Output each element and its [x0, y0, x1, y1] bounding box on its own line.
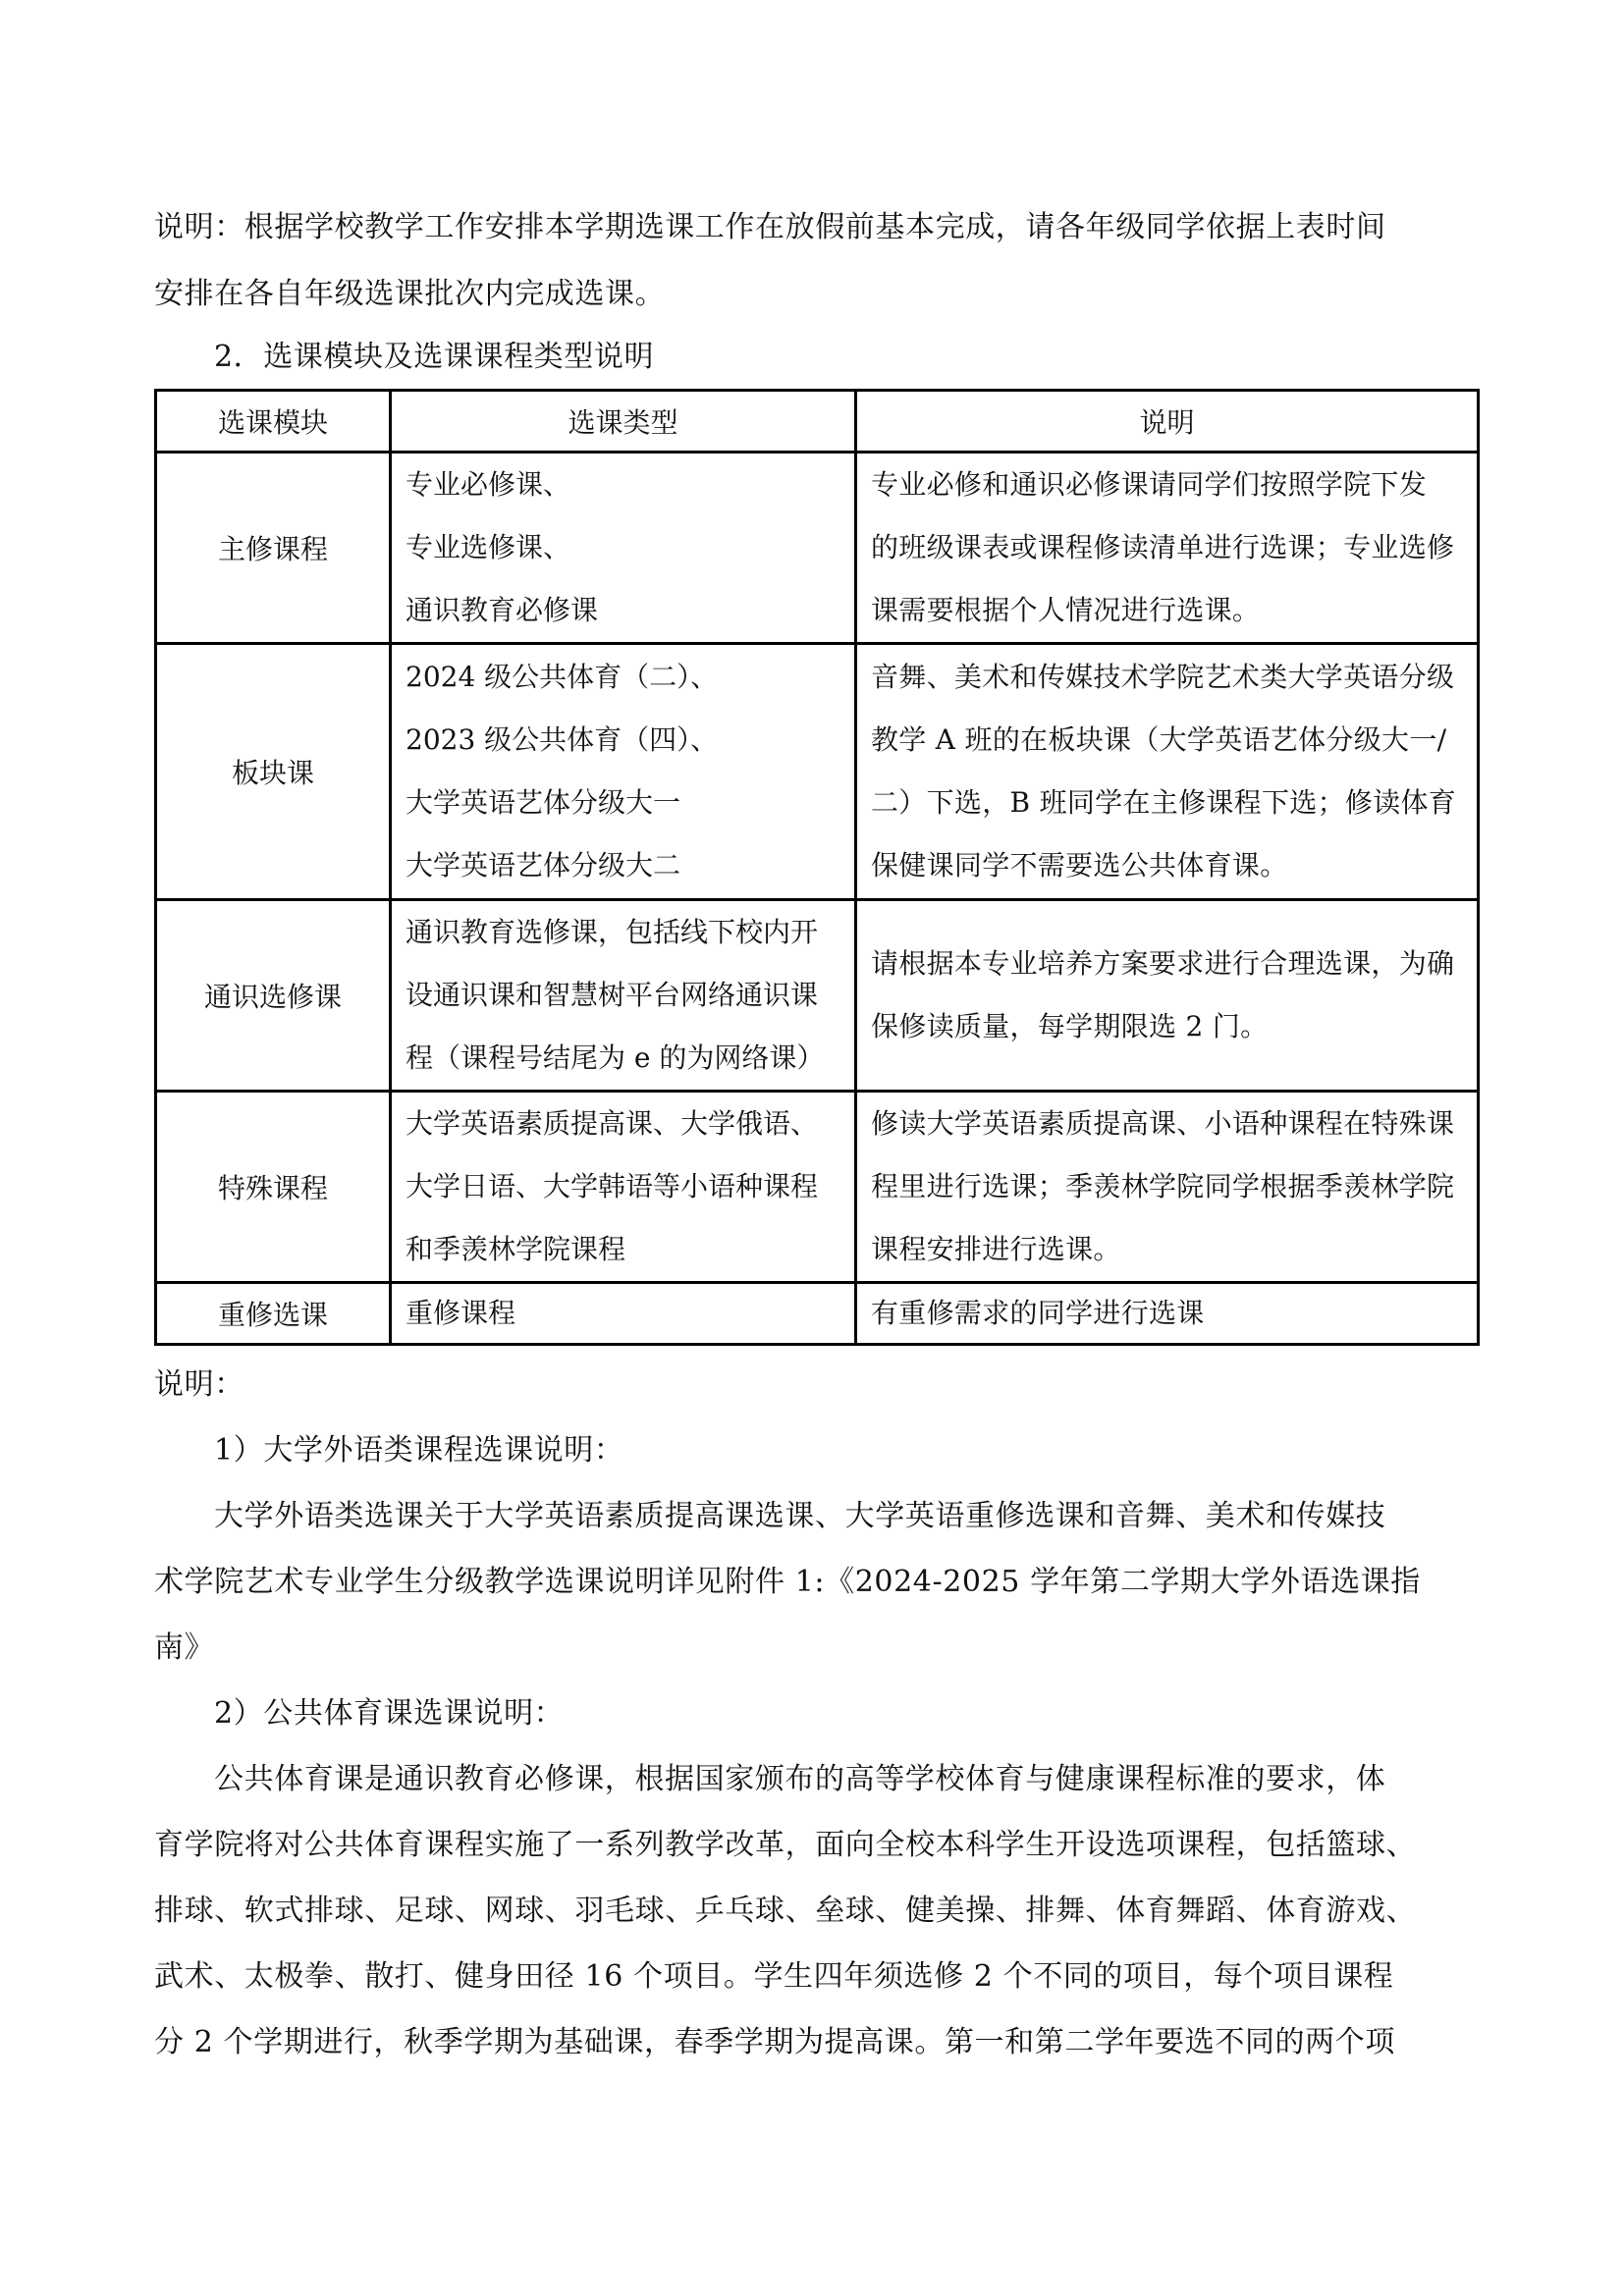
pe-title: 2）公共体育课选课说明： [214, 1694, 1540, 1734]
description-cell: 专业必修和通识必修课请同学们按照学院下发 的班级课表或课程修读清单进行选课；专业… [856, 453, 1479, 644]
type-line: 设通识课和智慧树平台网络通识课 [406, 964, 840, 1027]
type-line: 专业选修课、 [406, 516, 840, 579]
type-cell: 大学英语素质提高课、大学俄语、 大学日语、大学韩语等小语种课程 和季羡林学院课程 [391, 1092, 856, 1283]
table-header-row: 选课模块 选课类型 说明 [156, 391, 1479, 453]
desc-line: 保健课同学不需要选公共体育课。 [871, 834, 1463, 897]
intro-note-line-1: 说明：根据学校教学工作安排本学期选课工作在放假前基本完成，请各年级同学依据上表时… [154, 208, 1480, 247]
desc-line: 保修读质量，每学期限选 2 门。 [871, 995, 1463, 1058]
type-line: 通识教育必修课 [406, 579, 840, 642]
type-line: 大学日语、大学韩语等小语种课程 [406, 1155, 840, 1218]
type-cell: 专业必修课、 专业选修课、 通识教育必修课 [391, 453, 856, 644]
type-cell: 2024 级公共体育（二）、 2023 级公共体育（四）、 大学英语艺体分级大一… [391, 644, 856, 900]
type-line: 大学英语艺体分级大二 [406, 834, 840, 897]
table-row: 板块课 2024 级公共体育（二）、 2023 级公共体育（四）、 大学英语艺体… [156, 644, 1479, 900]
table-row: 特殊课程 大学英语素质提高课、大学俄语、 大学日语、大学韩语等小语种课程 和季羡… [156, 1092, 1479, 1283]
header-type: 选课类型 [391, 391, 856, 453]
description-cell: 音舞、美术和传媒技术学院艺术类大学英语分级 教学 A 班的在板块课（大学英语艺体… [856, 644, 1479, 900]
module-cell: 特殊课程 [156, 1092, 391, 1283]
desc-line: 修读大学英语素质提高课、小语种课程在特殊课 [871, 1093, 1463, 1155]
desc-line: 有重修需求的同学进行选课 [871, 1286, 1463, 1341]
table-row: 通识选修课 通识教育选修课，包括线下校内开 设通识课和智慧树平台网络通识课 程（… [156, 900, 1479, 1092]
type-cell: 通识教育选修课，包括线下校内开 设通识课和智慧树平台网络通识课 程（课程号结尾为… [391, 900, 856, 1092]
desc-line: 课程安排进行选课。 [871, 1218, 1463, 1281]
type-line: 大学英语艺体分级大一 [406, 772, 840, 834]
desc-line: 程里进行选课；季羡林学院同学根据季羡林学院 [871, 1155, 1463, 1218]
desc-line: 专业必修和通识必修课请同学们按照学院下发 [871, 454, 1463, 516]
foreign-language-title: 1）大学外语类课程选课说明： [214, 1431, 1540, 1470]
pe-line: 育学院将对公共体育课程实施了一系列教学改革，面向全校本科学生开设选项课程，包括篮… [154, 1826, 1480, 1865]
section-title: 2．选课模块及选课课程类型说明 [214, 338, 1540, 377]
type-line: 2024 级公共体育（二）、 [406, 646, 840, 709]
foreign-language-line: 大学外语类选课关于大学英语素质提高课选课、大学英语重修选课和音舞、美术和传媒技 [214, 1497, 1540, 1536]
course-module-table: 选课模块 选课类型 说明 主修课程 专业必修课、 专业选修课、 通识教育必修课 … [154, 389, 1480, 1346]
type-cell: 重修课程 [391, 1283, 856, 1345]
header-description: 说明 [856, 391, 1479, 453]
table-row: 主修课程 专业必修课、 专业选修课、 通识教育必修课 专业必修和通识必修课请同学… [156, 453, 1479, 644]
type-line: 2023 级公共体育（四）、 [406, 709, 840, 772]
desc-line: 课需要根据个人情况进行选课。 [871, 579, 1463, 642]
module-cell: 板块课 [156, 644, 391, 900]
type-line: 重修课程 [406, 1286, 840, 1341]
description-cell: 请根据本专业培养方案要求进行合理选课，为确 保修读质量，每学期限选 2 门。 [856, 900, 1479, 1092]
notes-label: 说明： [154, 1365, 1480, 1405]
type-line: 通识教育选修课，包括线下校内开 [406, 901, 840, 964]
header-module: 选课模块 [156, 391, 391, 453]
table-row: 重修选课 重修课程 有重修需求的同学进行选课 [156, 1283, 1479, 1345]
desc-line: 教学 A 班的在板块课（大学英语艺体分级大一/ [871, 709, 1463, 772]
pe-line: 分 2 个学期进行，秋季学期为基础课，春季学期为提高课。第一和第二学年要选不同的… [154, 2023, 1480, 2062]
description-cell: 修读大学英语素质提高课、小语种课程在特殊课 程里进行选课；季羡林学院同学根据季羡… [856, 1092, 1479, 1283]
pe-line: 公共体育课是通识教育必修课，根据国家颁布的高等学校体育与健康课程标准的要求，体 [214, 1760, 1540, 1799]
document-page: 说明：根据学校教学工作安排本学期选课工作在放假前基本完成，请各年级同学依据上表时… [0, 0, 1624, 2296]
foreign-language-line: 南》 [154, 1629, 1480, 1668]
desc-line: 音舞、美术和传媒技术学院艺术类大学英语分级 [871, 646, 1463, 709]
module-cell: 主修课程 [156, 453, 391, 644]
desc-line: 二）下选，B 班同学在主修课程下选；修读体育 [871, 772, 1463, 834]
type-line: 大学英语素质提高课、大学俄语、 [406, 1093, 840, 1155]
desc-line: 的班级课表或课程修读清单进行选课；专业选修 [871, 516, 1463, 579]
description-cell: 有重修需求的同学进行选课 [856, 1283, 1479, 1345]
type-line: 和季羡林学院课程 [406, 1218, 840, 1281]
foreign-language-line: 术学院艺术专业学生分级教学选课说明详见附件 1:《2024-2025 学年第二学… [154, 1563, 1480, 1602]
pe-line: 武术、太极拳、散打、健身田径 16 个项目。学生四年须选修 2 个不同的项目，每… [154, 1957, 1480, 1997]
pe-line: 排球、软式排球、足球、网球、羽毛球、乒乓球、垒球、健美操、排舞、体育舞蹈、体育游… [154, 1892, 1480, 1931]
intro-note-line-2: 安排在各自年级选课批次内完成选课。 [154, 275, 1480, 314]
module-cell: 重修选课 [156, 1283, 391, 1345]
type-line: 程（课程号结尾为 e 的为网络课） [406, 1027, 840, 1090]
module-cell: 通识选修课 [156, 900, 391, 1092]
desc-line: 请根据本专业培养方案要求进行合理选课，为确 [871, 933, 1463, 995]
type-line: 专业必修课、 [406, 454, 840, 516]
